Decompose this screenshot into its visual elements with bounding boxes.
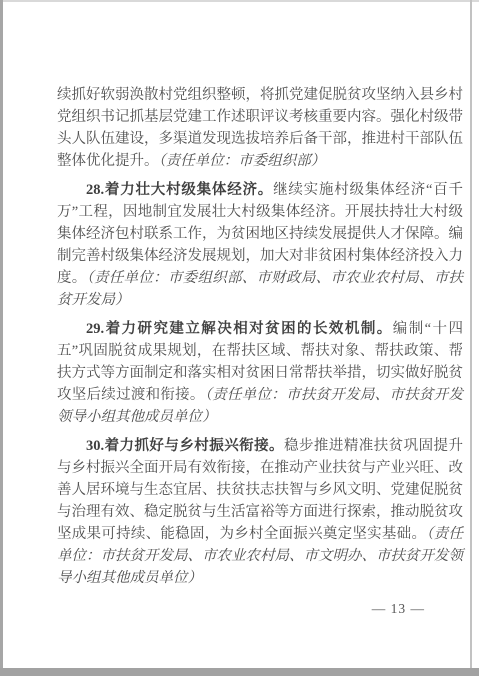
paragraph: 30.着力抓好与乡村振兴衔接。稳步推进精准扶贫巩固提升与乡村振兴全面开局有效衔接… bbox=[57, 435, 463, 589]
scan-edge-bottom bbox=[0, 668, 479, 676]
responsibility-unit: （责任单位：市委组织部） bbox=[159, 153, 326, 169]
paragraph-lead: 29.着力研究建立解决相对贫困的长效机制。 bbox=[86, 321, 393, 337]
scan-edge-right bbox=[470, 0, 472, 676]
scan-edge-top bbox=[0, 0, 479, 2]
paragraph-lead: 28.着力壮大村级集体经济。 bbox=[86, 182, 273, 198]
paragraph-container: 续抓好软弱涣散村党组织整顿，将抓党建促脱贫攻坚纳入县乡村党组织书记抓基层党建工作… bbox=[57, 84, 463, 589]
responsibility-unit: （责任单位：市委组织部、市财政局、市农业农村局、市扶贫开发局） bbox=[57, 270, 463, 308]
scan-edge-left bbox=[0, 0, 3, 676]
paragraph-lead: 30.着力抓好与乡村振兴衔接。 bbox=[86, 438, 284, 454]
paragraph: 续抓好软弱涣散村党组织整顿，将抓党建促脱贫攻坚纳入县乡村党组织书记抓基层党建工作… bbox=[57, 84, 463, 172]
page-number: — 13 — bbox=[57, 601, 463, 617]
document-body: 续抓好软弱涣散村党组织整顿，将抓党建促脱贫攻坚纳入县乡村党组织书记抓基层党建工作… bbox=[57, 84, 463, 617]
paragraph: 28.着力壮大村级集体经济。继续实施村级集体经济“百千万”工程，因地制宜发展壮大… bbox=[57, 179, 463, 311]
paragraph: 29.着力研究建立解决相对贫困的长效机制。编制“十四五”巩固脱贫成果规划，在帮扶… bbox=[57, 318, 463, 428]
